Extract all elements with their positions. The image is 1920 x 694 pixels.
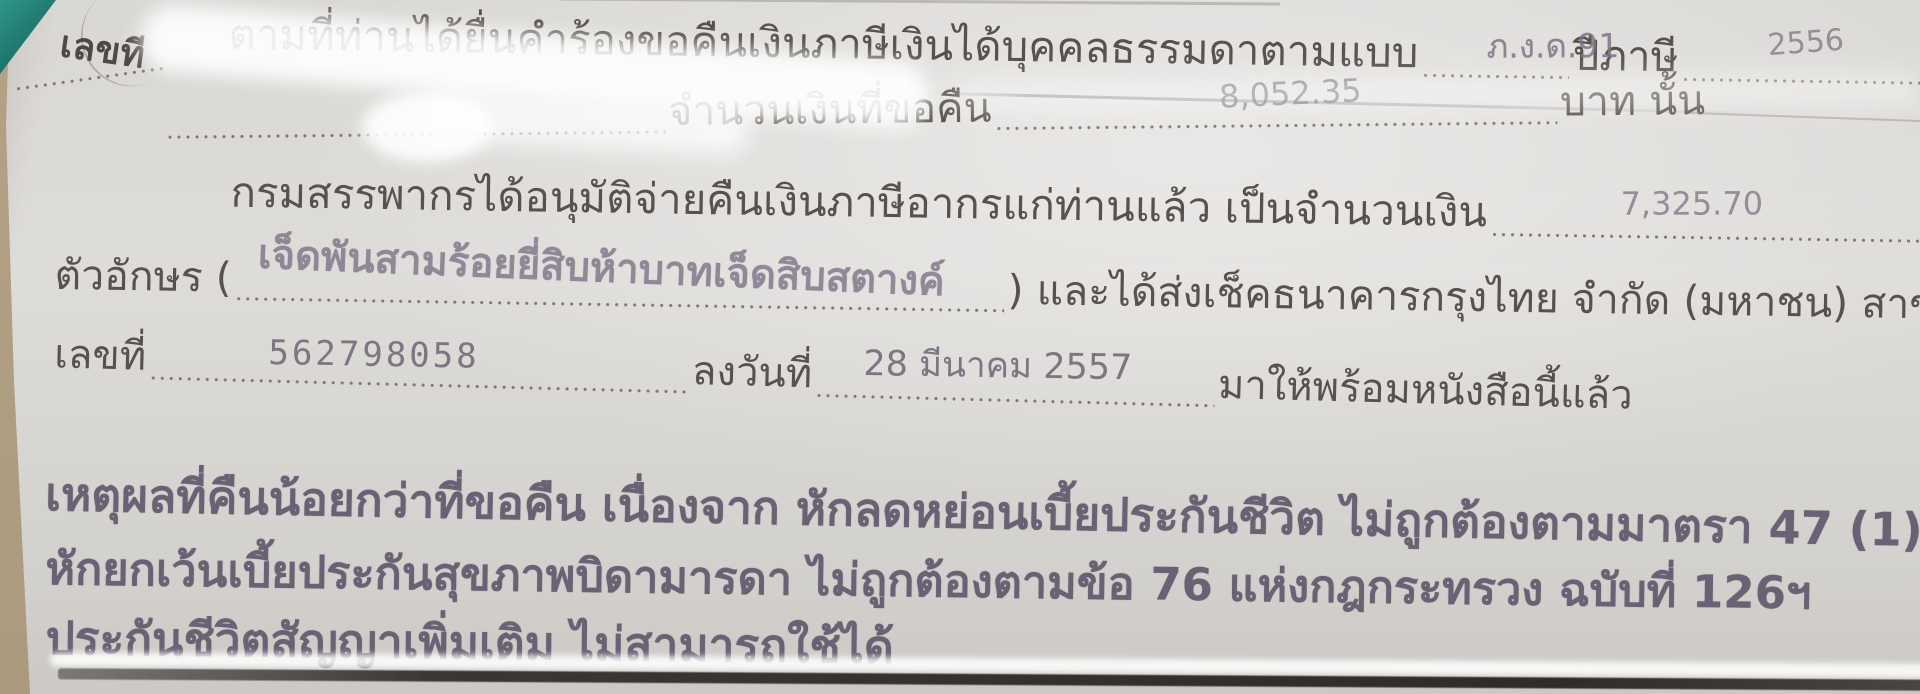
cheque-no-label: เลขที่ [51, 329, 150, 385]
cheque-date-value: 28 มีนาคม 2557 [863, 336, 1133, 395]
whiteout-blob [362, 92, 492, 162]
cheque-date-label: ลงวันที่ [688, 346, 816, 402]
tax-year-value: 2556 [1766, 22, 1845, 62]
refund-approved-amount: 7,325.70 [1621, 184, 1764, 222]
cheque-no-value: 562798058 [268, 333, 480, 377]
form-type-value: ภ.ง.ด.91 [1487, 19, 1620, 73]
cheque-date-dotted-line: 28 มีนาคม 2557 [814, 353, 1215, 413]
approved-amount-dotted-line: 7,325.70 [1490, 191, 1920, 248]
document-photo: เลขที ตามที่ท่านได้ยื่นคำร้องขอคืนเงินภา… [0, 0, 1920, 694]
amount-in-words-label: ตัวอักษร ( [51, 249, 235, 306]
delivery-suffix: มาให้พร้อมหนังสือนี้แล้ว [1214, 360, 1636, 424]
